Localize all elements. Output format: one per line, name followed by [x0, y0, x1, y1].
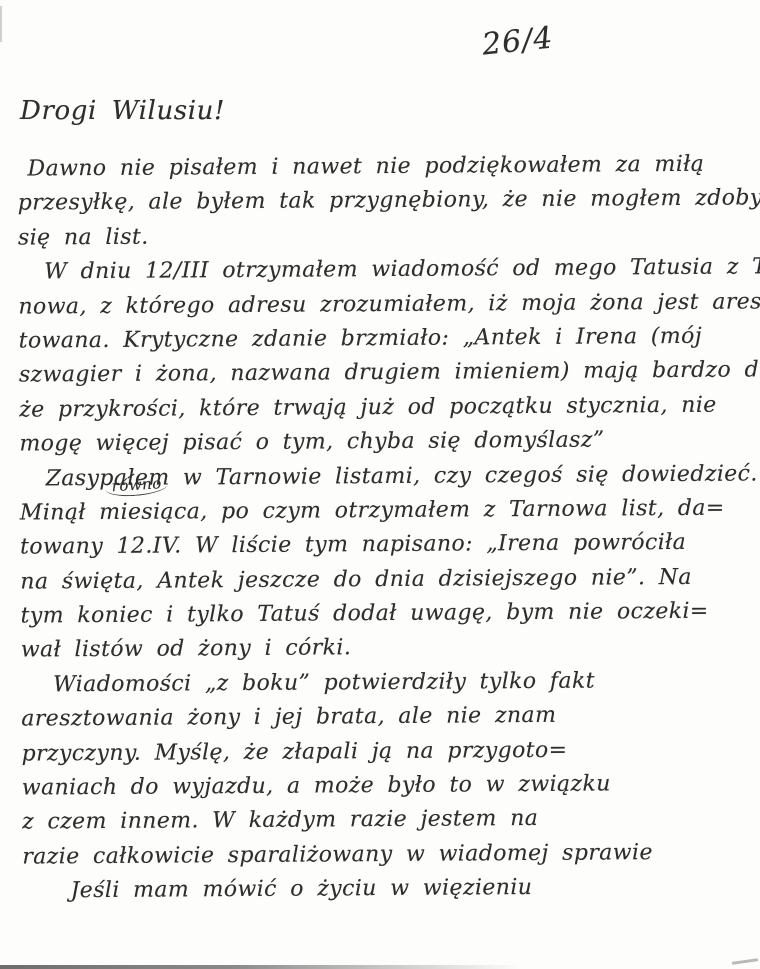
letter-line: waniach do wyjazdu, a może było to w zwi… [22, 766, 754, 806]
letter-line: nowa, z którego adresu zrozumiałem, iż m… [18, 285, 750, 325]
letter-line: aresztowania żony i jej brata, ale nie z… [21, 698, 753, 738]
scan-artifact-top-left [0, 6, 2, 42]
letter-line: towany 12.IV. W liście tym napisano: „Ir… [20, 526, 752, 566]
letter-line: W dniu 12/III otrzymałem wiadomość od me… [18, 251, 750, 291]
letter-line: na święta, Antek jeszcze do dnia dzisiej… [20, 560, 752, 600]
letter-line: towana. Krytyczne zdanie brzmiało: „Ante… [19, 319, 751, 359]
letter-line: wał listów od żony i córki. [21, 629, 753, 669]
letter-page: 26/4 Drogi Wilusiu! Dawno nie pisałem i … [0, 0, 760, 969]
letter-line: szwagier i żona, nazwana drugiem imienie… [19, 354, 751, 394]
letter-line: Wiadomości „z boku” potwierdziły tylko f… [21, 663, 753, 703]
letter-line: tym koniec i tylko Tatuś dodał uwagę, by… [20, 595, 752, 635]
letter-line: razie całkowicie sparaliżowany w wiadome… [22, 835, 754, 875]
letter-line: przyczyny. Myślę, że złapali ją na przyg… [21, 732, 753, 772]
letter-line: Minął miesiąca, po czym otrzymałem z Tar… [20, 491, 752, 531]
letter-body: Dawno nie pisałem i nawet nie podziękowa… [17, 147, 754, 909]
letter-line: przesyłkę, ale byłem tak przygnębiony, ż… [18, 182, 750, 222]
letter-line: Dawno nie pisałem i nawet nie podziękowa… [17, 147, 749, 187]
letter-date: 26/4 [480, 20, 555, 62]
letter-line: się na list. [18, 216, 750, 256]
letter-greeting: Drogi Wilusiu! [20, 96, 225, 126]
letter-line: Jeśli mam mówić o życiu w więzieniu [22, 870, 754, 910]
letter-line: z czem innem. W każdym razie jestem na [22, 801, 754, 841]
letter-line: mogę więcej pisać o tym, chyba się domyś… [19, 423, 751, 463]
scan-artifact-bottom-right [732, 958, 758, 965]
letter-line: że przykrości, które trwają już od począ… [19, 388, 751, 428]
scan-artifact-bottom-strip [0, 965, 520, 969]
